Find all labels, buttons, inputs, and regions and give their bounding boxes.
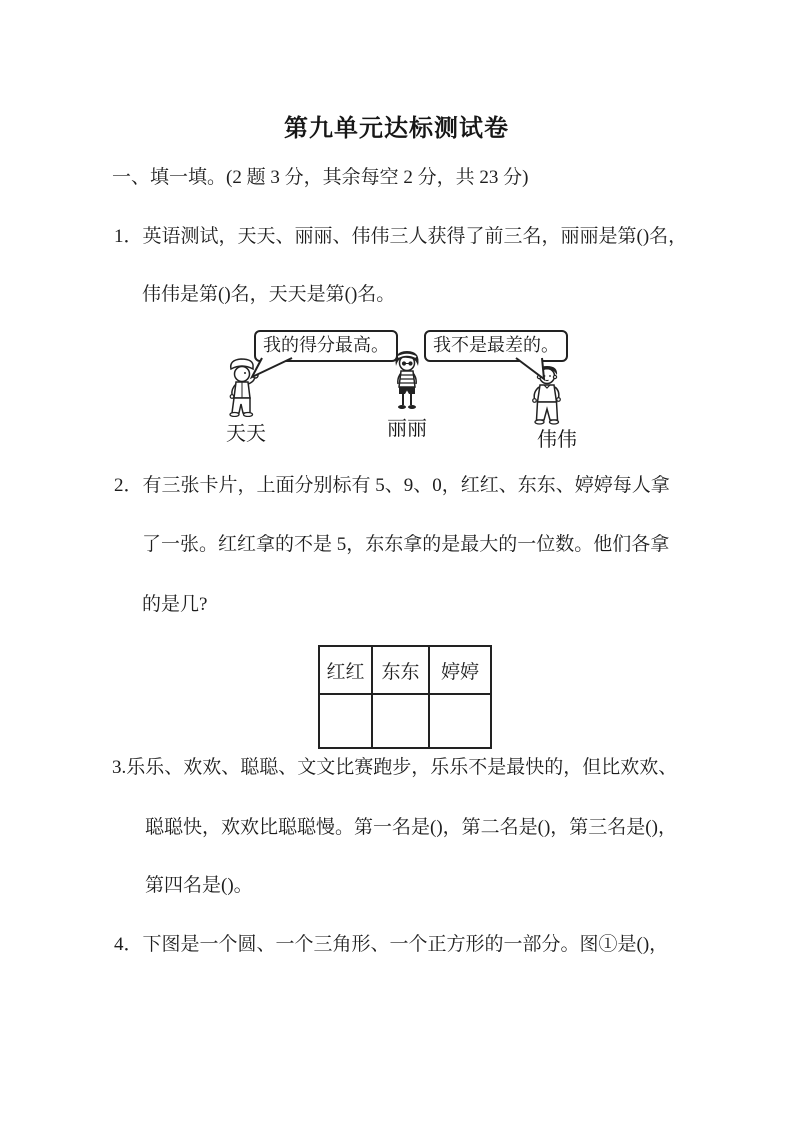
q3-line2: 聪聪快，欢欢比聪聪慢。第一名是()，第二名是()，第三名是()， xyxy=(145,817,677,840)
speech-bubble-left-tail-icon xyxy=(248,357,298,381)
q2-answer-table: 红红 东东 婷婷 xyxy=(318,645,492,749)
q2-line3: 的是几? xyxy=(142,594,207,617)
table-answer-row xyxy=(319,694,491,748)
q3-line1: 3.乐乐、欢欢、聪聪、文文比赛跑步，乐乐不是最快的，但比欢欢、 xyxy=(112,757,677,780)
table-header-honghong: 红红 xyxy=(319,646,372,694)
answer-cell-tingting[interactable] xyxy=(429,694,491,748)
section-1-header: 一、填一填。(2 题 3 分，其余每空 2 分，共 23 分) xyxy=(112,167,528,190)
q2-line2: 了一张。红红拿的不是 5，东东拿的是最大的一位数。他们各拿 xyxy=(142,534,669,557)
page-title: 第九单元达标测试卷 xyxy=(0,108,793,143)
figure-label-lili: 丽丽 xyxy=(379,412,435,441)
table-header-row: 红红 东东 婷婷 xyxy=(319,646,491,694)
speech-bubble-right-tail-icon xyxy=(508,357,554,383)
figure-label-tiantian: 天天 xyxy=(218,417,274,446)
q3-line3: 第四名是()。 xyxy=(145,875,253,898)
answer-cell-dongdong[interactable] xyxy=(372,694,429,748)
table-header-dongdong: 东东 xyxy=(372,646,429,694)
q4-line1: 4．下图是一个圆、一个三角形、一个正方形的一部分。图①是()， xyxy=(114,934,668,957)
q1-line1: 1．英语测试，天天、丽丽、伟伟三人获得了前三名，丽丽是第()名， xyxy=(114,226,687,249)
q2-line1: 2．有三张卡片，上面分别标有 5、9、0，红红、东东、婷婷每人拿 xyxy=(114,475,670,498)
q1-line2: 伟伟是第()名，天天是第()名。 xyxy=(142,284,395,307)
figure-label-weiwei: 伟伟 xyxy=(529,423,585,452)
test-paper-page: 第九单元达标测试卷 一、填一填。(2 题 3 分，其余每空 2 分，共 23 分… xyxy=(0,0,793,1122)
answer-cell-honghong[interactable] xyxy=(319,694,372,748)
table-header-tingting: 婷婷 xyxy=(429,646,491,694)
